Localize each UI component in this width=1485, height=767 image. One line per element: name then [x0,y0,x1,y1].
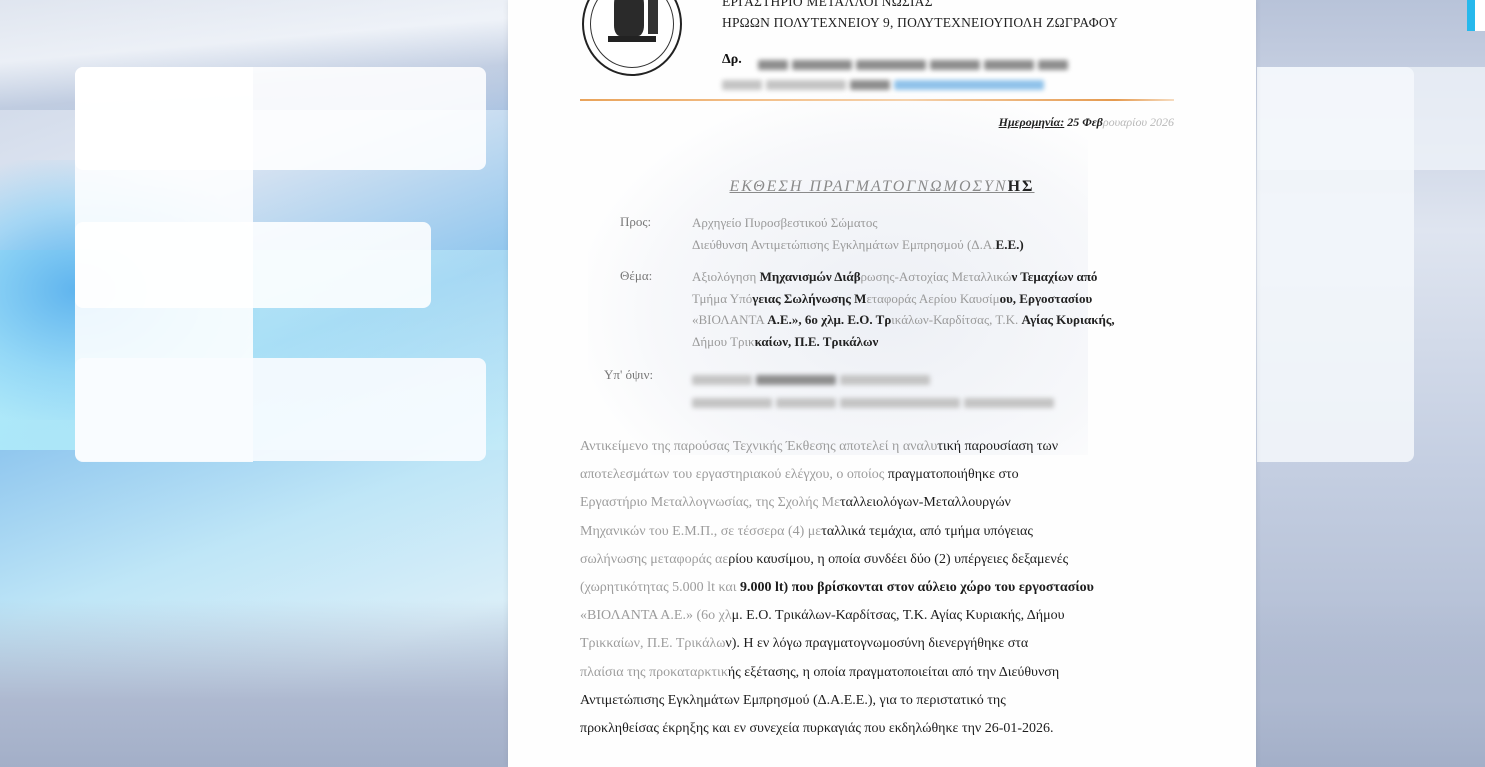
lab-address: ΗΡΩΩΝ ΠΟΛΥΤΕΧΝΕΙΟΥ 9, ΠΟΛΥΤΕΧΝΕΙΟΥΠΟΛΗ Ζ… [722,15,1118,31]
lab-name: ΕΡΓΑΣΤΗΡΙΟ ΜΕΤΑΛΛΟΓΝΩΣΙΑΣ [722,0,933,10]
report-body: Αντικείμενο της παρούσας Τεχνικής Έκθεση… [580,433,1174,743]
date-value: 25 Φεβ [1067,115,1103,129]
broadcast-marker-tail [1475,0,1485,31]
to-label: Προς: [620,214,651,230]
document-title: ΕΚΘΕΣΗ ΠΡΑΓΜΑΤΟΓΝΩΜΟΣΥΝΗΣ [508,178,1256,196]
redacted-reference-2 [692,394,1077,412]
channel-e-logo-bottom-bar [75,358,486,461]
redacted-contact [722,76,1062,94]
channel-logo-right-panel [1257,67,1414,462]
channel-e-logo-middle-bar [75,222,431,308]
date-label: Ημερομηνία: [999,115,1065,129]
subject-label: Θέμα: [620,268,652,284]
subject-text: Αξιολόγηση Μηχανισμών Διάβρωσης-Αστοχίας… [692,266,1172,353]
author-prefix: Δρ. [722,52,742,68]
ntua-seal-icon [582,0,682,76]
broadcast-marker [1467,0,1475,31]
channel-e-logo-top-bar [75,67,486,170]
redacted-author-name [758,56,1098,74]
document-page: ΕΡΓΑΣΤΗΡΙΟ ΜΕΤΑΛΛΟΓΝΩΣΙΑΣ ΗΡΩΩΝ ΠΟΛΥΤΕΧΝ… [508,0,1256,767]
redacted-reference-1 [692,371,952,389]
document-date: Ημερομηνία: 25 Φεβρουαρίου 2026 [999,115,1174,130]
date-value-faded: ρουαρίου 2026 [1103,115,1174,129]
considered-label: Υπ' όψιν: [604,367,653,383]
to-recipient: Αρχηγείο Πυροσβεστικού Σώματος Διεύθυνση… [692,212,1172,255]
header-rule [580,99,1174,101]
